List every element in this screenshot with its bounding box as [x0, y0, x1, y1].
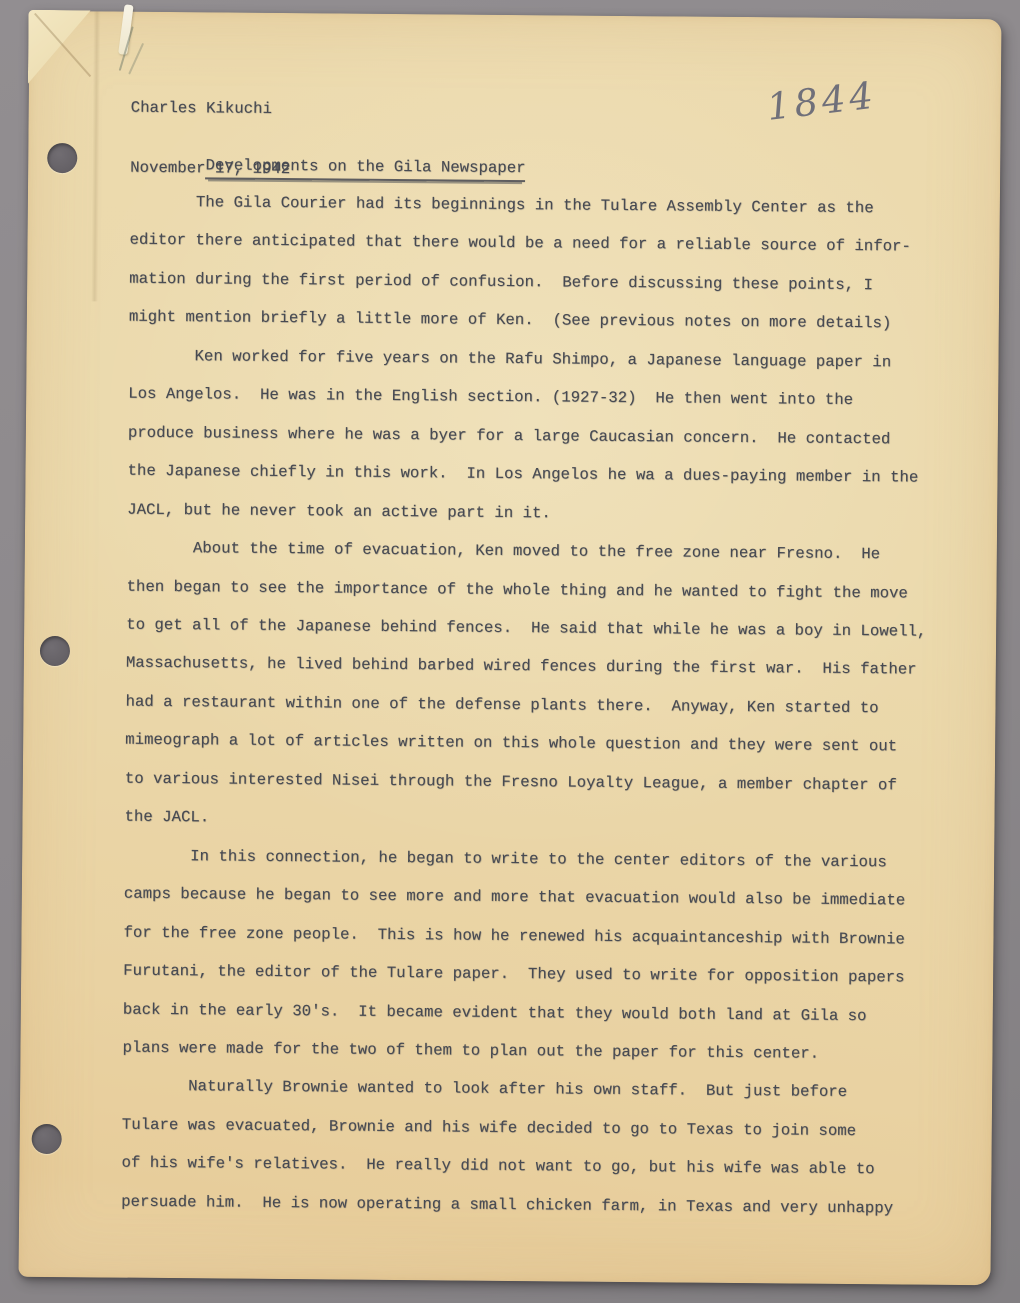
handwritten-page-number: 1844	[765, 74, 879, 129]
paragraph-1: The Gila Courier had its beginnings in t…	[129, 183, 992, 344]
paragraph-2: Ken worked for five years on the Rafu Sh…	[127, 336, 991, 536]
text-line: persuade him. He is now operating a smal…	[121, 1182, 983, 1228]
typed-content: Charles Kikuchi November 17, 1942 1844 D…	[18, 11, 1001, 1285]
paragraph-5: Naturally Brownie wanted to look after h…	[121, 1067, 984, 1228]
paragraph-4: In this connection, he began to write to…	[122, 836, 986, 1074]
document-body: The Gila Courier had its beginnings in t…	[121, 183, 992, 1229]
paper-sheet: Charles Kikuchi November 17, 1942 1844 D…	[18, 11, 1001, 1285]
author-name: Charles Kikuchi	[131, 98, 291, 119]
text-line: to various interested Nisei through the …	[125, 759, 987, 805]
scanned-document-page: Charles Kikuchi November 17, 1942 1844 D…	[0, 0, 1020, 1303]
document-title: Developments on the Gila Newspaper	[205, 156, 525, 182]
paragraph-3: About the time of evacuation, Ken moved …	[124, 529, 989, 844]
